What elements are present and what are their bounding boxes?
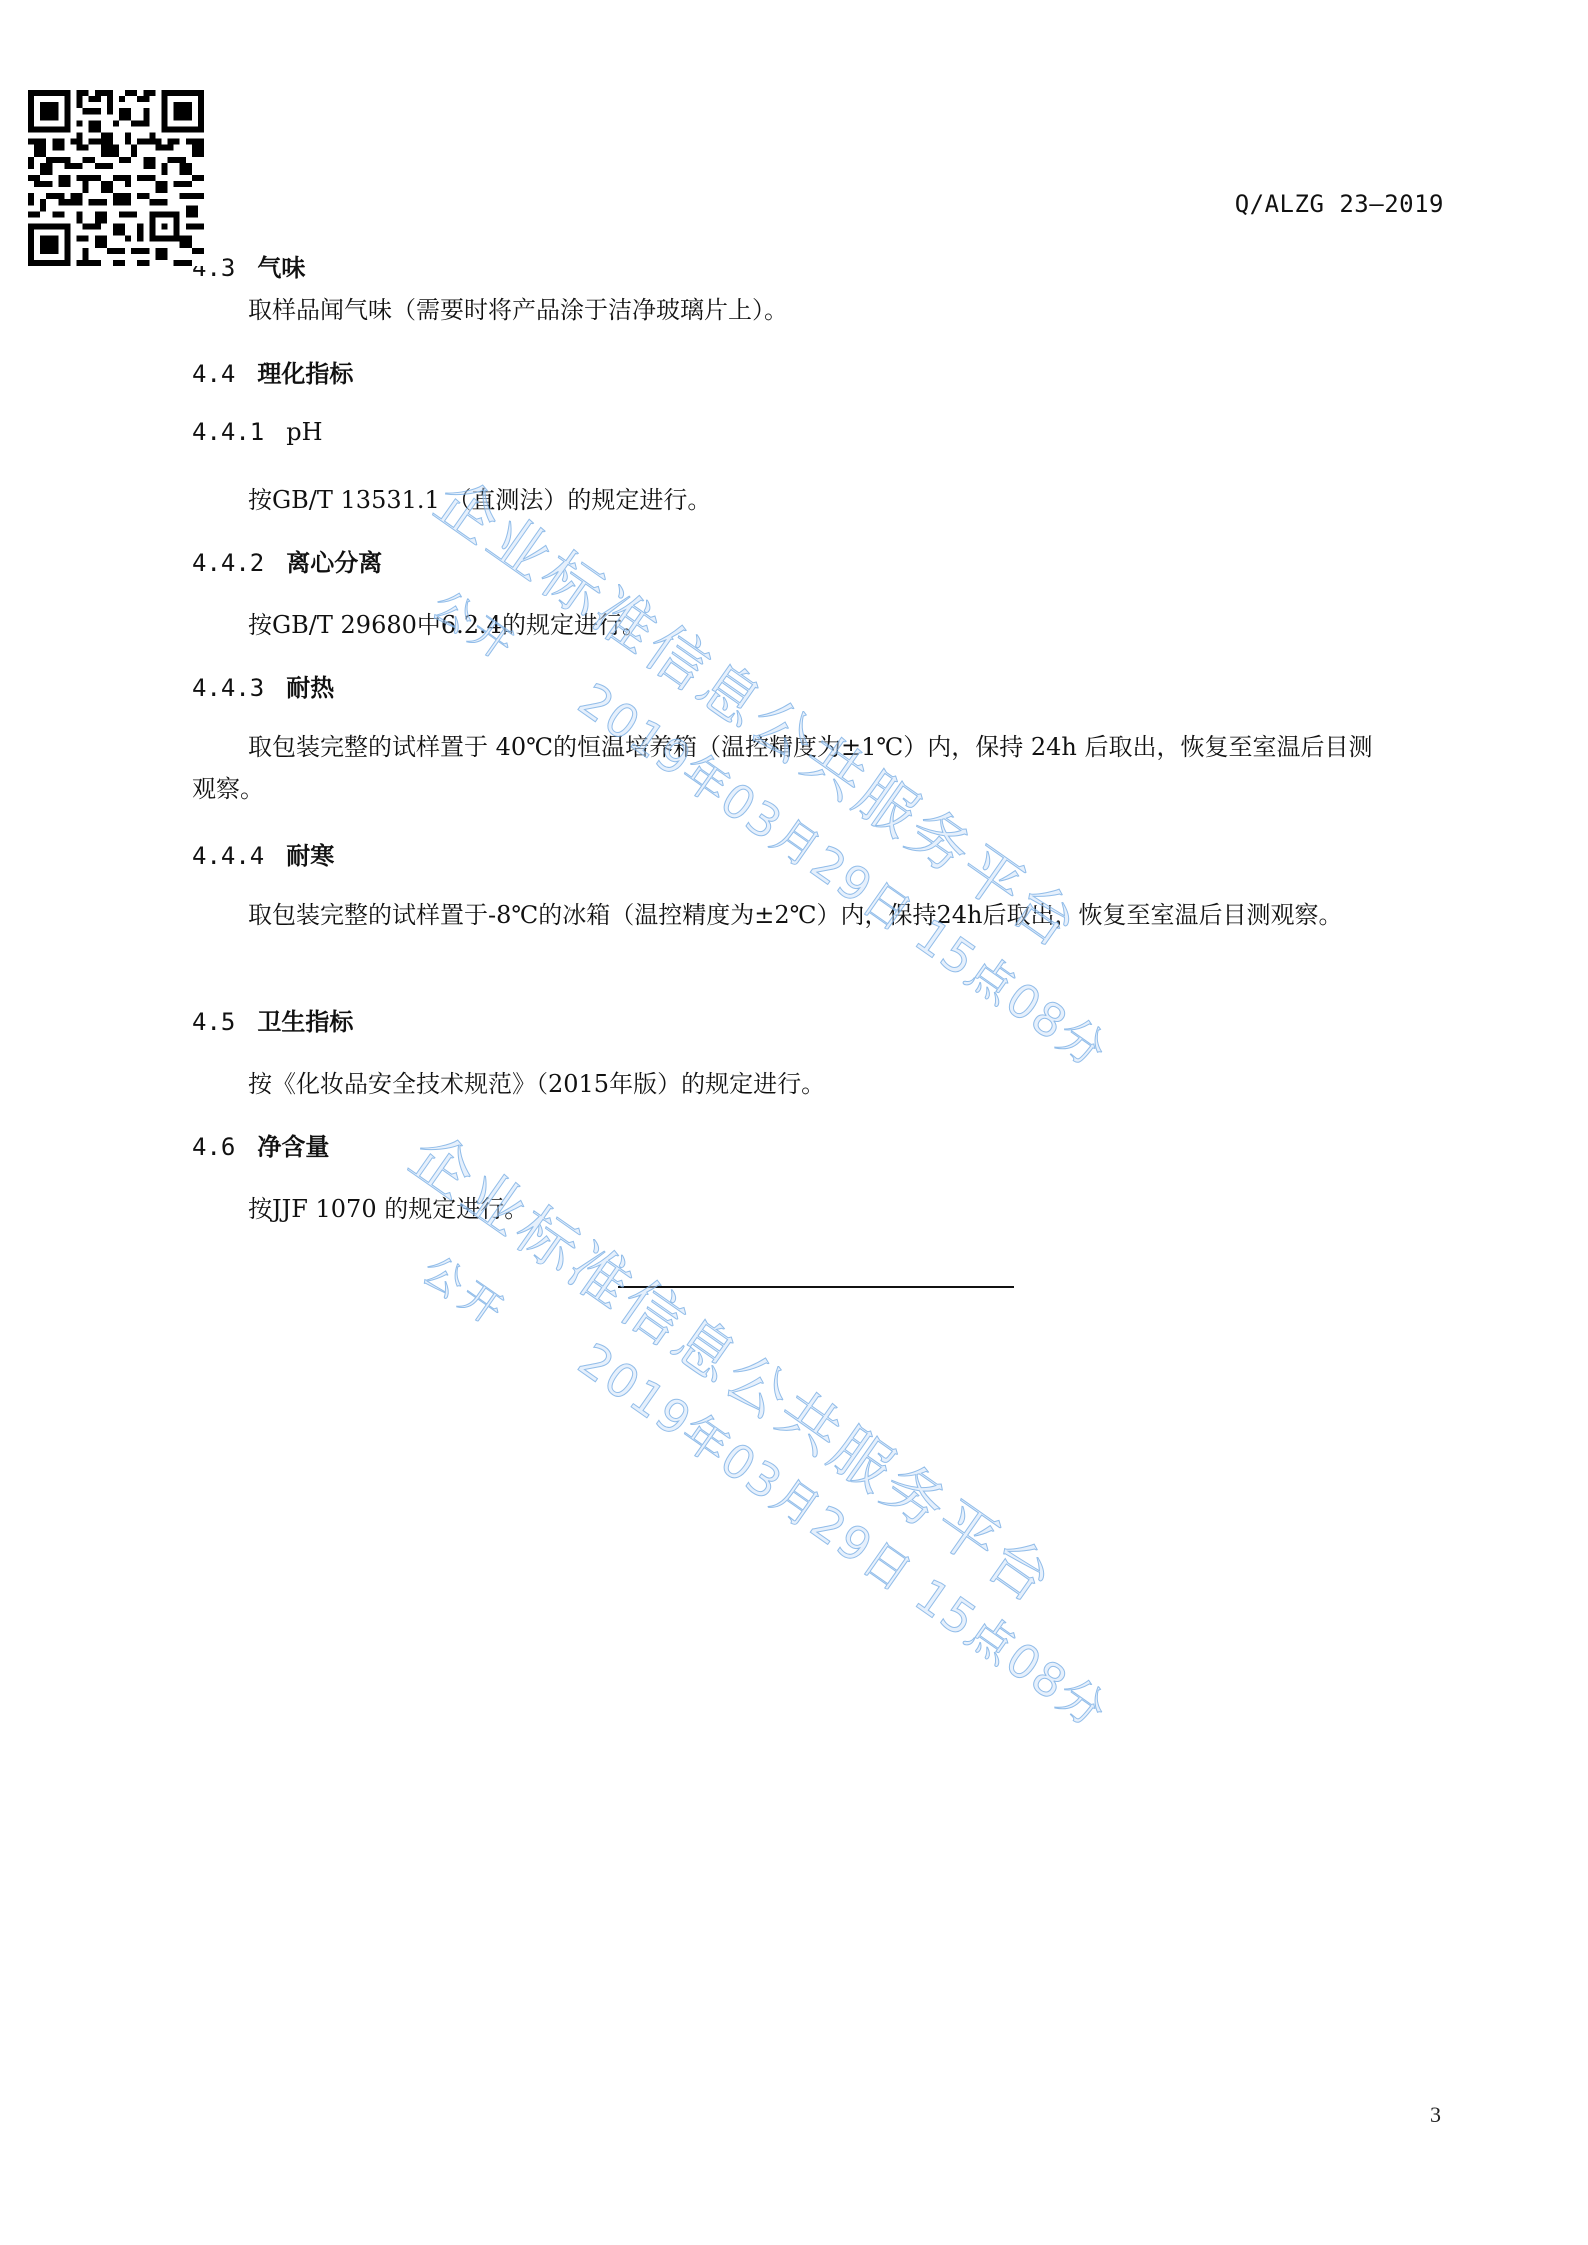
section-heading-4-4-3: 4.4.3耐热 xyxy=(192,668,334,703)
section-title: 离心分离 xyxy=(286,549,382,577)
section-heading-4-4: 4.4理化指标 xyxy=(192,354,353,389)
section-body-4-4-3: 取包装完整的试样置于 40℃的恒温培养箱（温控精度为±1℃）内，保持 24h 后… xyxy=(192,726,1392,810)
document-page: Q/ALZG 23—2019 4.3气味 取样品闻气味（需要时将产品涂于洁净玻璃… xyxy=(0,0,1588,2245)
section-heading-4-4-4: 4.4.4耐寒 xyxy=(192,836,334,871)
section-title: 耐寒 xyxy=(286,842,334,870)
section-body-4-3: 取样品闻气味（需要时将产品涂于洁净玻璃片上）。 xyxy=(248,290,788,325)
section-title: 净含量 xyxy=(257,1133,329,1161)
section-body-4-5: 按《化妆品安全技术规范》（2015年版）的规定进行。 xyxy=(248,1064,825,1099)
section-number: 4.4.4 xyxy=(192,842,264,870)
qr-code-icon xyxy=(28,90,204,266)
section-number: 4.6 xyxy=(192,1133,235,1161)
section-title: 耐热 xyxy=(286,674,334,702)
end-of-document-rule xyxy=(618,1286,1014,1288)
section-number: 4.4.2 xyxy=(192,549,264,577)
section-body-4-6: 按JJF 1070 的规定进行。 xyxy=(248,1189,528,1224)
section-heading-4-3: 4.3气味 xyxy=(192,248,305,283)
section-body-4-4-4: 取包装完整的试样置于-8℃的冰箱（温控精度为±2℃）内，保持24h后取出，恢复至… xyxy=(192,894,1392,936)
qr-code[interactable] xyxy=(28,90,204,266)
section-number: 4.4 xyxy=(192,360,235,388)
section-number: 4.5 xyxy=(192,1008,235,1036)
section-heading-4-4-1: 4.4.1pH xyxy=(192,418,323,446)
section-number: 4.4.3 xyxy=(192,674,264,702)
watermark-platform: 企业标准信息公共服务平台 xyxy=(421,455,1099,966)
section-body-4-4-1: 按GB/T 13531.1 （直测法）的规定进行。 xyxy=(248,480,711,515)
page-number: 3 xyxy=(1430,2102,1441,2128)
section-heading-4-5: 4.5卫生指标 xyxy=(192,1002,353,1037)
section-title: 气味 xyxy=(257,254,305,282)
section-heading-4-6: 4.6净含量 xyxy=(192,1127,329,1162)
watermark-platform: 企业标准信息公共服务平台 xyxy=(396,1110,1074,1621)
section-title: 理化指标 xyxy=(257,360,353,388)
watermark-datetime: 2019年03月29日 15点08分 xyxy=(567,1325,1122,1741)
section-title: 卫生指标 xyxy=(257,1008,353,1036)
section-title: pH xyxy=(286,418,322,446)
section-number: 4.4.1 xyxy=(192,418,264,446)
watermark-status: 公开 xyxy=(412,1240,520,1339)
section-heading-4-4-2: 4.4.2离心分离 xyxy=(192,543,382,578)
standard-code: Q/ALZG 23—2019 xyxy=(1235,190,1444,218)
section-body-4-4-2: 按GB/T 29680中6.2.4的规定进行。 xyxy=(248,605,646,640)
